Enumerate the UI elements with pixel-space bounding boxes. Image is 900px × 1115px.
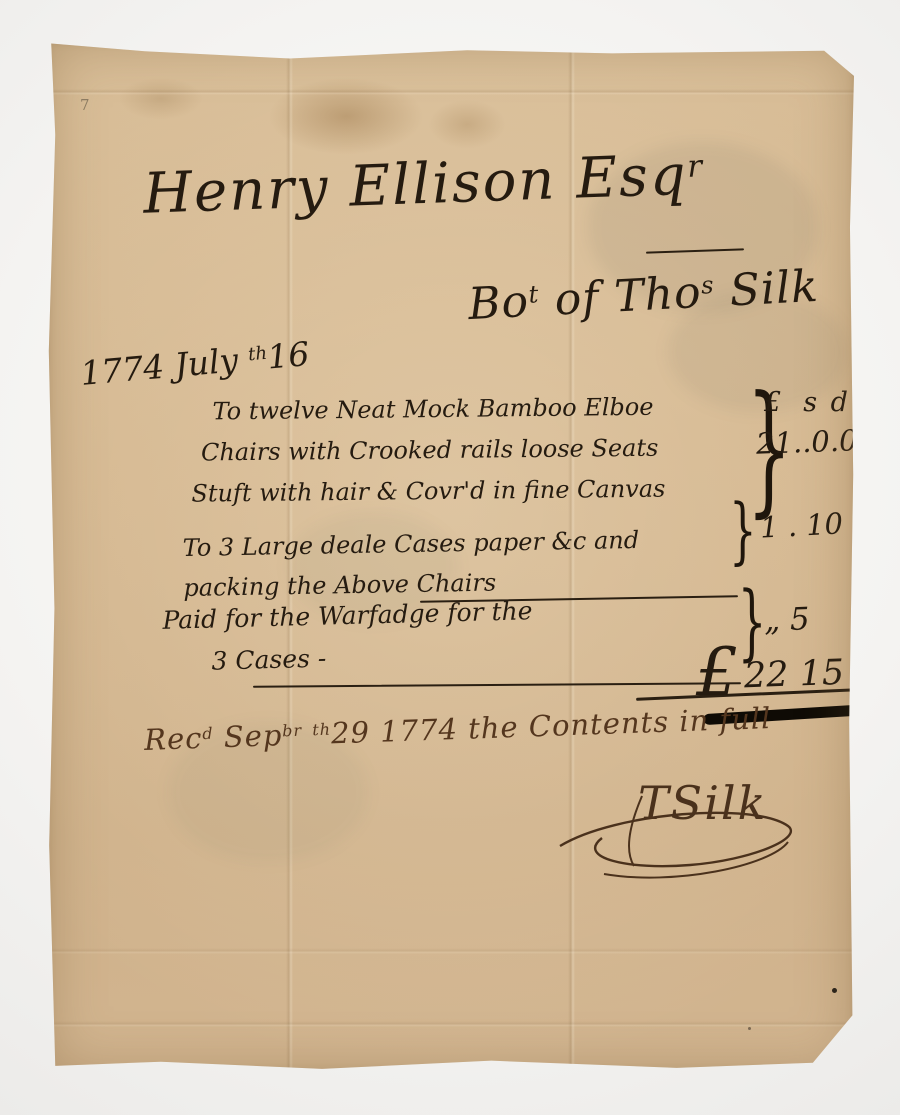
merchant-name: Silk (728, 261, 820, 317)
item-1-line-1: To twelve Neat Mock Bamboo Elboe (212, 387, 664, 433)
bought-of: of Tho (553, 267, 702, 326)
item-3-line-2: 3 Cases - (211, 632, 534, 682)
date-line: 1774 July th16 (79, 334, 311, 393)
addressee-line: Henry Ellison Esqr (142, 142, 705, 227)
horizontal-fold-crease (48, 1021, 854, 1027)
item-2-amount: 1 . 10 - (759, 505, 863, 544)
date-month: July (173, 340, 240, 384)
receipt-line: Recd Sepbr th29 1774 the Contents in ful… (144, 701, 772, 757)
addressee-title-superscript: r (687, 148, 705, 185)
receipt-received: Rec (144, 721, 203, 757)
item-3-amount: „ 5 (763, 601, 810, 639)
item-1-description: To twelve Neat Mock Bamboo Elboe Chairs … (212, 387, 665, 515)
bought-prefix-superscript: t (528, 280, 540, 309)
signature-name: TSilk (638, 776, 768, 830)
item-2-line-1: To 3 Large deale Cases paper &c and (182, 520, 639, 568)
receipt-day-superscript: th (312, 720, 331, 740)
item-1-amount: 21..0.0 (755, 423, 858, 461)
paper-sheet: 7 Henry Ellison Esqr Bot of Thos Silk 17… (48, 42, 854, 1072)
bought-of-superscript: s (700, 271, 715, 300)
item-1-line-2: Chairs with Crooked rails loose Seats (201, 428, 665, 474)
date-day-superscript: th (247, 343, 268, 366)
pencil-mark: 7 (80, 96, 90, 114)
header-dash (646, 248, 744, 253)
horizontal-fold-crease (48, 89, 854, 95)
addressee-title: Esq (575, 143, 689, 212)
currency-column-header: £ s d (764, 387, 848, 418)
item-3-brace: } (738, 582, 767, 664)
item-3-description: Paid for the Warfadge for the 3 Cases - (162, 590, 534, 684)
horizontal-fold-crease (48, 948, 854, 954)
total-amount: 22 15 .. (743, 652, 878, 697)
total-currency-symbol: £ (696, 634, 738, 711)
receipt-rest: 29 1774 the Contents in full (330, 701, 771, 750)
date-day: 16 (266, 334, 311, 377)
signature-block: TSilk (546, 754, 816, 894)
item-3-fill-line (253, 682, 741, 687)
folded-corner (820, 42, 854, 76)
addressee-name: Henry Ellison (142, 147, 557, 226)
bought-of-line: Bot of Thos Silk (467, 261, 820, 330)
receipt-month: Sep (223, 718, 283, 754)
scanned-document-stage: 7 Henry Ellison Esqr Bot of Thos Silk 17… (0, 0, 900, 1115)
receipt-month-superscript: br (282, 721, 302, 741)
date-year: 1774 (79, 347, 166, 393)
ink-speck (748, 1027, 751, 1030)
receipt-received-superscript: d (202, 724, 214, 743)
item-1-line-3: Stuft with hair & Covr'd in fine Canvas (191, 469, 665, 515)
item-2-brace: } (729, 494, 756, 566)
ink-speck (832, 988, 837, 993)
bought-prefix: Bo (467, 276, 530, 330)
